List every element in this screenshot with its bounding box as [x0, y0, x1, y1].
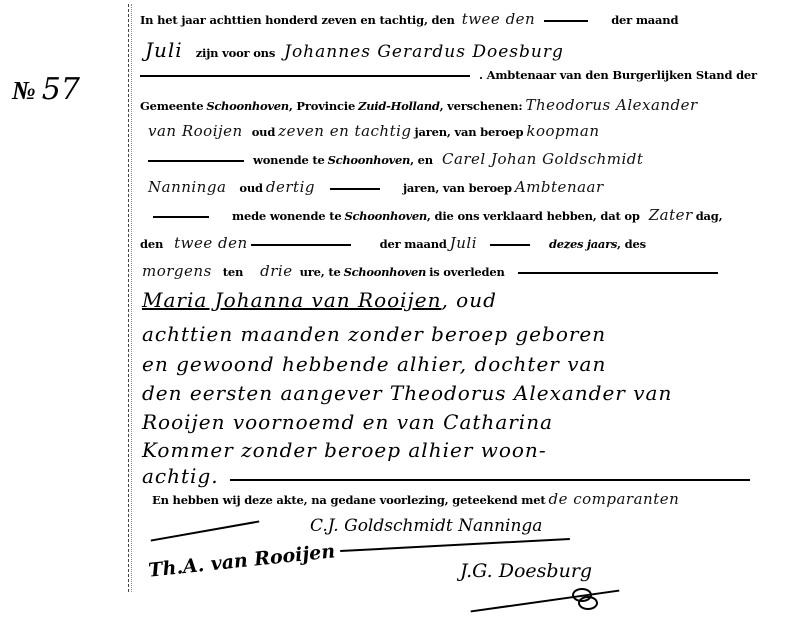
handwritten-day: twee den [462, 10, 536, 28]
certificate-number: №57 [12, 72, 80, 107]
handwritten-text: achttien maanden zonder beroep geboren [142, 322, 606, 346]
text-line-10: morgens ten drie ure, te Schoonhoven is … [142, 262, 792, 286]
printed-text: , die ons verklaard hebben, dat op [427, 209, 640, 223]
printed-text: ten [223, 265, 243, 279]
fill-line [251, 244, 351, 246]
printed-italic: dezes jaars [549, 237, 617, 251]
handwritten-deceased-name: Maria Johanna van Rooijen [142, 288, 441, 312]
printed-text: , Provincie [289, 99, 355, 113]
closing-line [230, 479, 750, 481]
printed-italic: Schoonhoven [328, 153, 410, 167]
printed-text: wonende te [253, 153, 325, 167]
printed-text: , verschenen: [440, 99, 523, 113]
text-line-5: van Rooijen oud zeven en tachtig jaren, … [148, 122, 798, 146]
handwritten-text: , oud [441, 288, 496, 312]
text-line-13: en gewoond hebbende alhier, dochter van [142, 352, 792, 382]
number-value: 57 [42, 72, 80, 107]
handwritten-death-day: twee den [174, 234, 248, 252]
signature-loop [578, 596, 598, 610]
handwritten-witness-occupation: Ambtenaar [515, 178, 604, 196]
printed-text: , en [410, 153, 433, 167]
death-certificate-page: №57 In het jaar achttien honderd zeven e… [0, 0, 800, 640]
text-line-1: In het jaar achttien honderd zeven en ta… [140, 10, 790, 34]
printed-italic: Schoonhoven [344, 265, 426, 279]
fill-line [544, 20, 588, 22]
handwritten-text: den eersten aangever Theodorus Alexander… [142, 381, 672, 405]
text-line-11: Maria Johanna van Rooijen, oud [142, 288, 792, 318]
handwritten-declarant-occupation: koopman [526, 122, 599, 140]
signature-flourish [340, 538, 570, 552]
handwritten-declarant-surname: van Rooijen [148, 122, 243, 140]
fill-line [330, 188, 380, 190]
margin-rule [128, 4, 129, 592]
handwritten-witness-age: dertig [266, 178, 315, 196]
signature-flourish [151, 520, 260, 541]
printed-text: jaren, van beroep [403, 181, 512, 195]
handwritten-text: en gewoond hebbende alhier, dochter van [142, 352, 606, 376]
margin-rule-inner [131, 4, 132, 592]
signature-text: J.G. Doesburg [460, 560, 592, 582]
printed-text: ure, te [300, 265, 341, 279]
handwritten-declarant-name: Theodorus Alexander [525, 96, 697, 114]
number-sign: № [12, 76, 34, 105]
text-line-8: mede wonende te Schoonhoven, die ons ver… [153, 206, 800, 230]
fill-line [140, 75, 470, 77]
handwritten-text: Kommer zonder beroep alhier woon- [142, 438, 547, 462]
fill-line [490, 244, 530, 246]
handwritten-declarant-age: zeven en tachtig [278, 122, 411, 140]
text-line-2: Juli zijn voor ons Johannes Gerardus Doe… [145, 38, 795, 62]
handwritten-text: Rooijen voornoemd en van Catharina [142, 410, 553, 434]
handwritten-weekday: Zater [649, 206, 693, 224]
printed-text: is overleden [429, 265, 505, 279]
printed-text: den [140, 237, 163, 251]
signature-registrar: J.G. Doesburg [460, 560, 592, 582]
text-line-15: Rooijen voornoemd en van Catharina [142, 410, 792, 440]
fill-line [153, 216, 209, 218]
handwritten-witness-name: Carel Johan Goldschmidt [442, 150, 643, 168]
text-line-14: den eersten aangever Theodorus Alexander… [142, 381, 792, 411]
fill-line [518, 272, 718, 274]
printed-text: Gemeente [140, 99, 203, 113]
handwritten-signers: de comparanten [548, 490, 679, 508]
text-line-9: den twee den der maand Juli dezes jaars,… [140, 234, 790, 258]
printed-italic: Schoonhoven [344, 209, 426, 223]
printed-text: zijn voor ons [196, 46, 275, 60]
text-line-6: wonende te Schoonhoven, en Carel Johan G… [148, 150, 798, 174]
signature-witness: C.J. Goldschmidt Nanninga [310, 516, 542, 536]
printed-text: En hebben wij deze akte, na gedane voorl… [152, 493, 545, 507]
printed-text: jaren, van beroep [415, 125, 524, 139]
text-line-18: En hebben wij deze akte, na gedane voorl… [152, 490, 800, 514]
printed-text: In het jaar achttien honderd zeven en ta… [140, 13, 455, 27]
printed-text: , des [617, 237, 646, 251]
printed-text: der maand [611, 13, 678, 27]
handwritten-text: achtig. [142, 464, 219, 488]
handwritten-time-of-day: morgens [142, 262, 212, 280]
printed-text: . Ambtenaar van den Burgerlijken Stand d… [479, 68, 757, 82]
printed-text: oud [239, 181, 262, 195]
printed-text: oud [252, 125, 275, 139]
handwritten-registrar-name: Johannes Gerardus Doesburg [284, 42, 564, 62]
text-line-12: achttien maanden zonder beroep geboren [142, 322, 792, 352]
text-line-4: Gemeente Schoonhoven, Provincie Zuid-Hol… [140, 96, 790, 120]
text-line-3: . Ambtenaar van den Burgerlijken Stand d… [140, 68, 790, 92]
printed-italic: Zuid-Holland [358, 99, 439, 113]
printed-text: mede wonende te [232, 209, 341, 223]
handwritten-month: Juli [145, 38, 183, 62]
printed-text: dag, [696, 209, 723, 223]
signature-text: C.J. Goldschmidt Nanninga [310, 516, 542, 536]
signature-declarant: Th.A. van Rooijen [147, 540, 336, 581]
text-line-7: Nanninga oud dertig jaren, van beroep Am… [148, 178, 798, 202]
printed-italic: Schoonhoven [206, 99, 288, 113]
printed-text: der maand [380, 237, 447, 251]
fill-line [148, 160, 244, 162]
handwritten-death-month: Juli [450, 234, 477, 252]
handwritten-witness-surname: Nanninga [148, 178, 226, 196]
handwritten-hour: drie [260, 262, 292, 280]
signature-text: Th.A. van Rooijen [147, 540, 336, 581]
